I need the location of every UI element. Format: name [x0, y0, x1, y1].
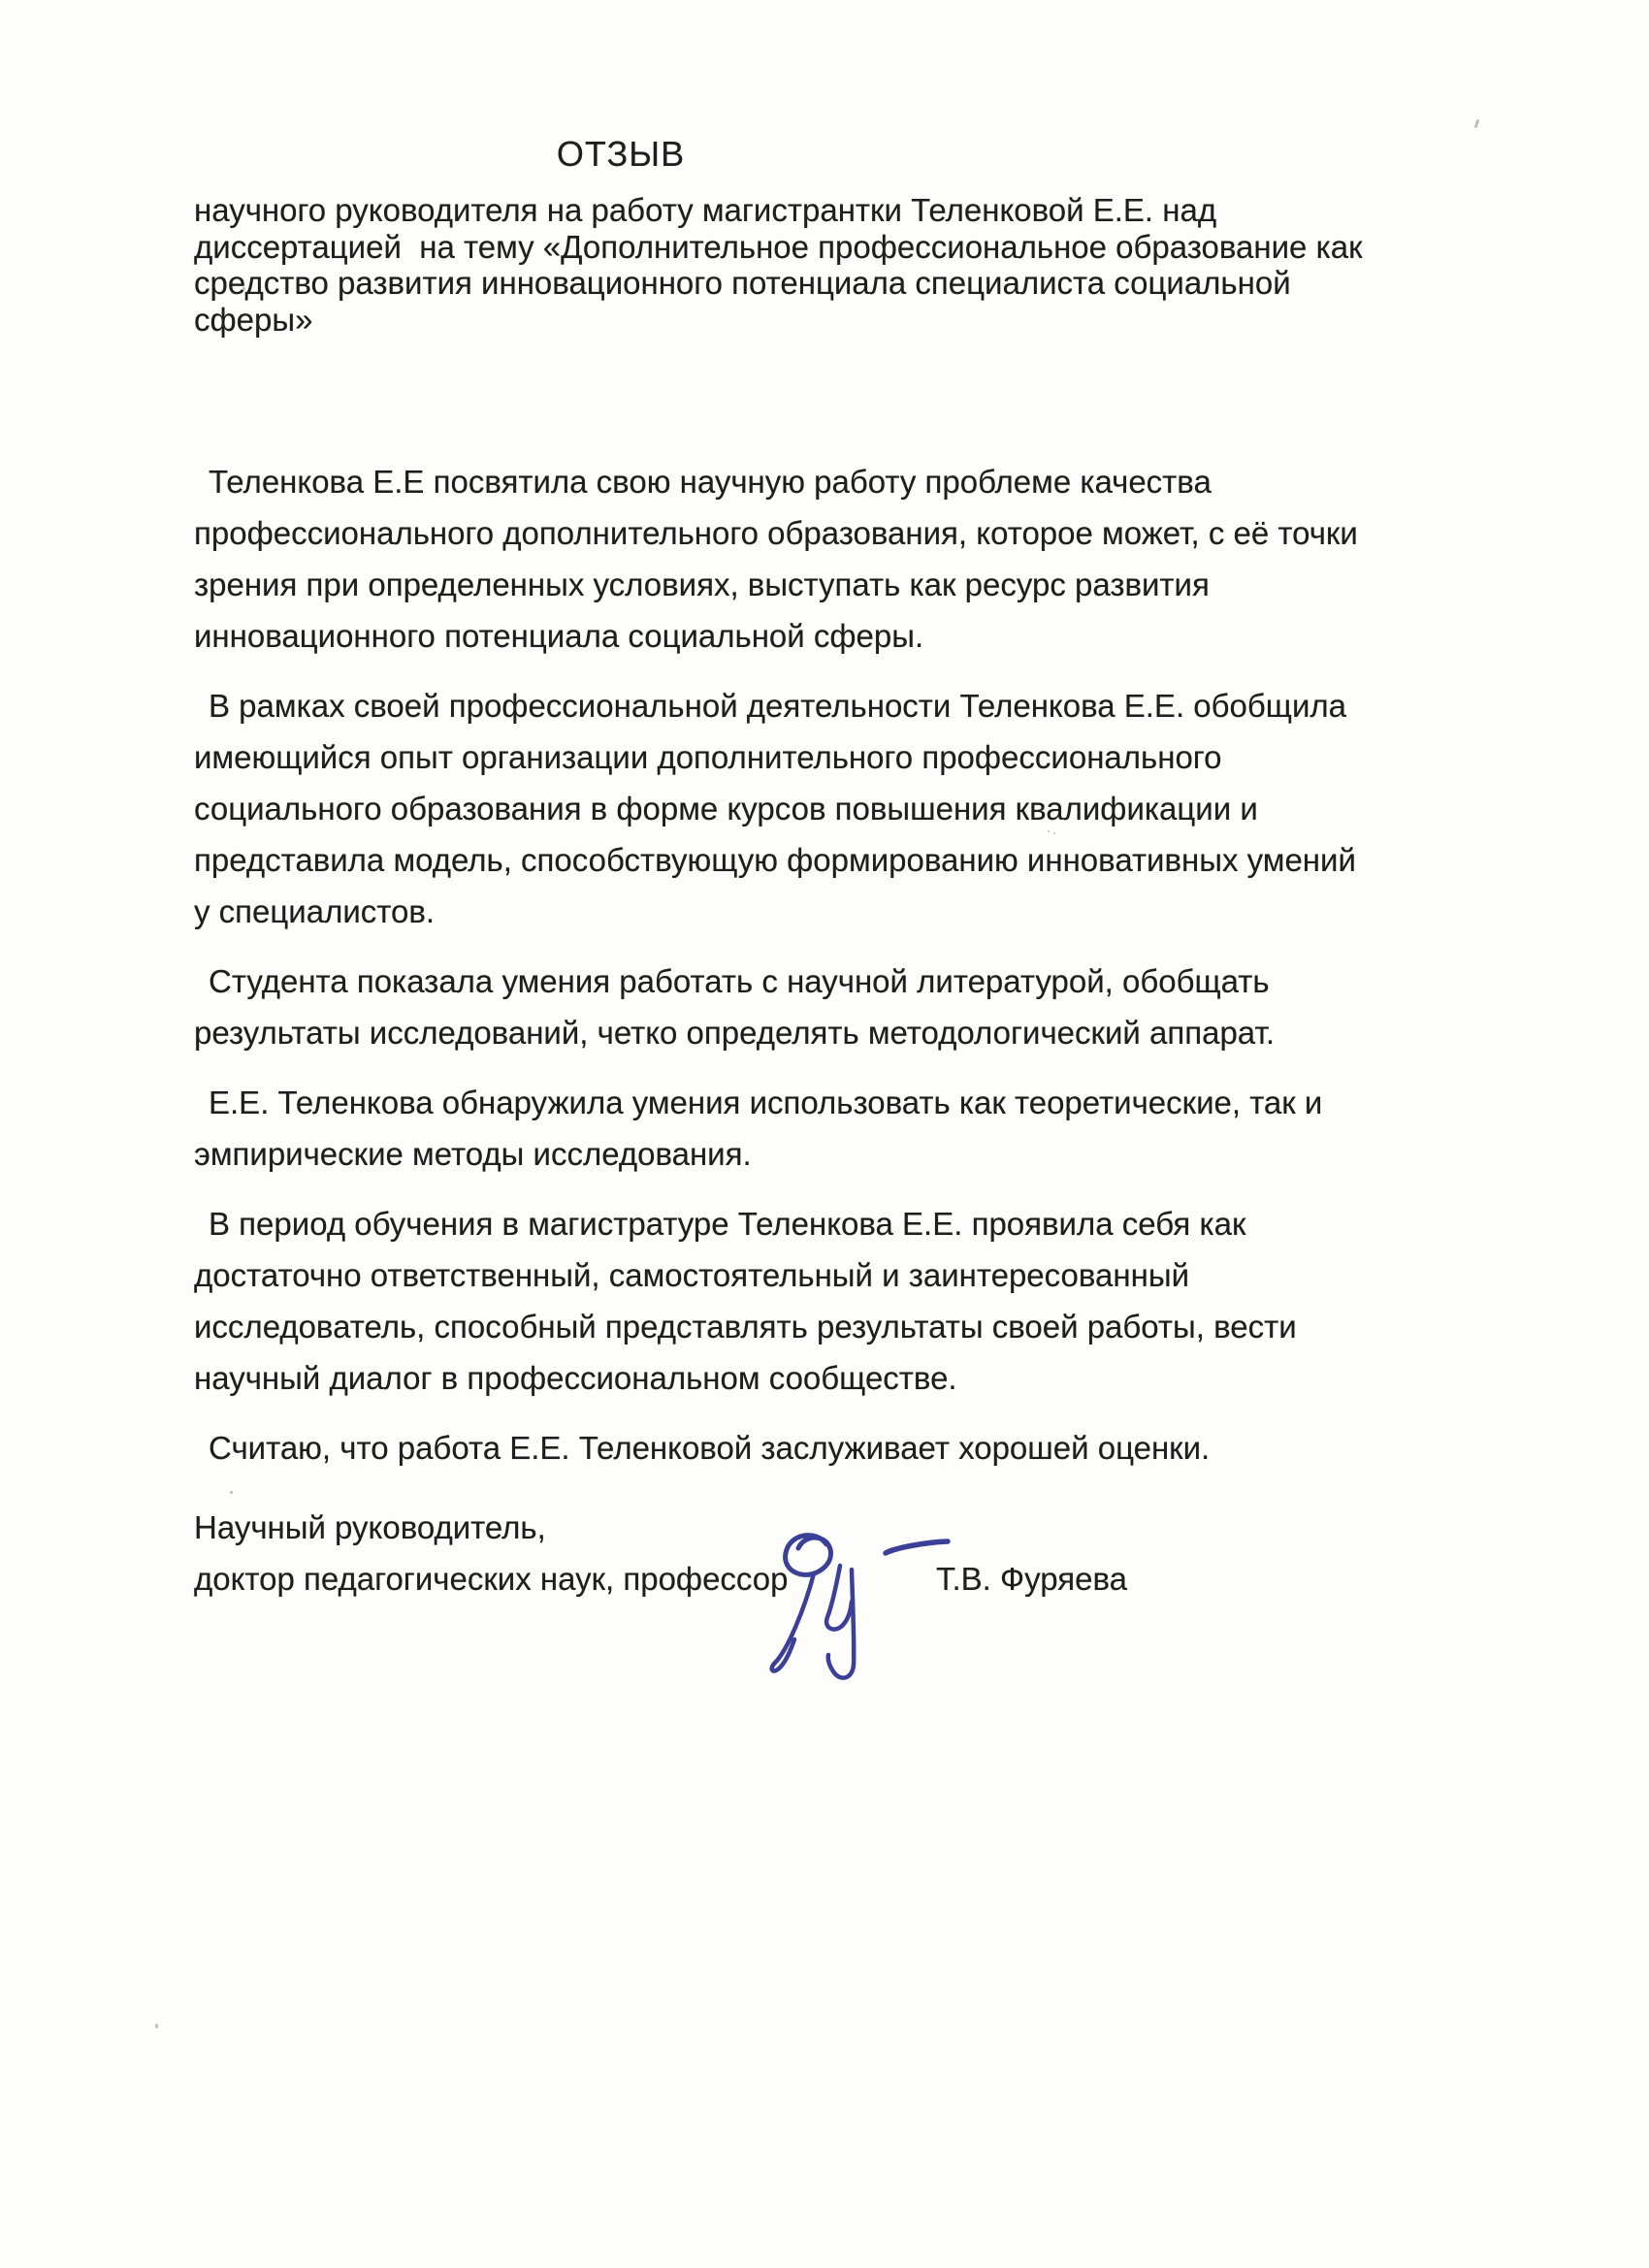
text-line: Студента показала умения работать с науч…: [194, 956, 1455, 1007]
text-line: научного руководителя на работу магистра…: [194, 192, 1455, 229]
text-line: Е.Е. Теленкова обнаружила умения использ…: [194, 1077, 1455, 1128]
text-line: представила модель, способствующую форми…: [194, 834, 1455, 886]
paragraph: Студента показала умения работать с науч…: [194, 956, 1455, 1058]
handwritten-signature-scribble: [679, 1518, 1067, 1838]
text-line: имеющийся опыт организации дополнительно…: [194, 731, 1455, 783]
document-title: ОТЗЫВ: [194, 134, 1048, 175]
text-line: Теленкова Е.Е посвятила свою научную раб…: [194, 456, 1455, 507]
scan-speck: [1048, 830, 1050, 832]
text-line: профессионального дополнительного образо…: [194, 507, 1455, 559]
text-line: средство развития инновационного потенци…: [194, 265, 1455, 302]
text-line: эмпирические методы исследования.: [194, 1128, 1455, 1180]
text-line: В период обучения в магистратуре Теленко…: [194, 1198, 1455, 1249]
scan-speck: [242, 287, 245, 290]
text-line: у специалистов.: [194, 886, 1455, 937]
scanned-document-page: ОТЗЫВ научного руководителя на работу ма…: [0, 0, 1649, 2268]
text-line: исследователь, способный представлять ре…: [194, 1301, 1455, 1352]
text-line: научный диалог в профессиональном сообще…: [194, 1352, 1455, 1404]
paragraph: В период обучения в магистратуре Теленко…: [194, 1198, 1455, 1404]
paragraph: Считаю, что работа Е.Е. Теленковой заслу…: [194, 1422, 1455, 1474]
text-line: социального образования в форме курсов п…: [194, 783, 1455, 834]
paragraph: В рамках своей профессиональной деятельн…: [194, 680, 1455, 937]
scan-speck: [155, 2024, 158, 2028]
text-line: зрения при определенных условиях, выступ…: [194, 559, 1455, 610]
scan-speck: [1053, 832, 1055, 834]
text-line: Считаю, что работа Е.Е. Теленковой заслу…: [194, 1422, 1455, 1474]
text-line: достаточно ответственный, самостоятельны…: [194, 1249, 1455, 1301]
text-line: инновационного потенциала социальной сфе…: [194, 610, 1455, 662]
scan-speck: [230, 1491, 233, 1494]
document-subtitle-block: научного руководителя на работу магистра…: [194, 192, 1455, 338]
document-body: Теленкова Е.Е посвятила свою научную раб…: [194, 456, 1455, 1492]
scan-speck: [1474, 119, 1480, 128]
paragraph: Теленкова Е.Е посвятила свою научную раб…: [194, 456, 1455, 662]
text-line: диссертацией на тему «Дополнительное про…: [194, 229, 1455, 266]
text-line: В рамках своей профессиональной деятельн…: [194, 680, 1455, 731]
text-line: результаты исследований, четко определят…: [194, 1007, 1455, 1058]
paragraph: Е.Е. Теленкова обнаружила умения использ…: [194, 1077, 1455, 1180]
text-line: сферы»: [194, 302, 1455, 339]
